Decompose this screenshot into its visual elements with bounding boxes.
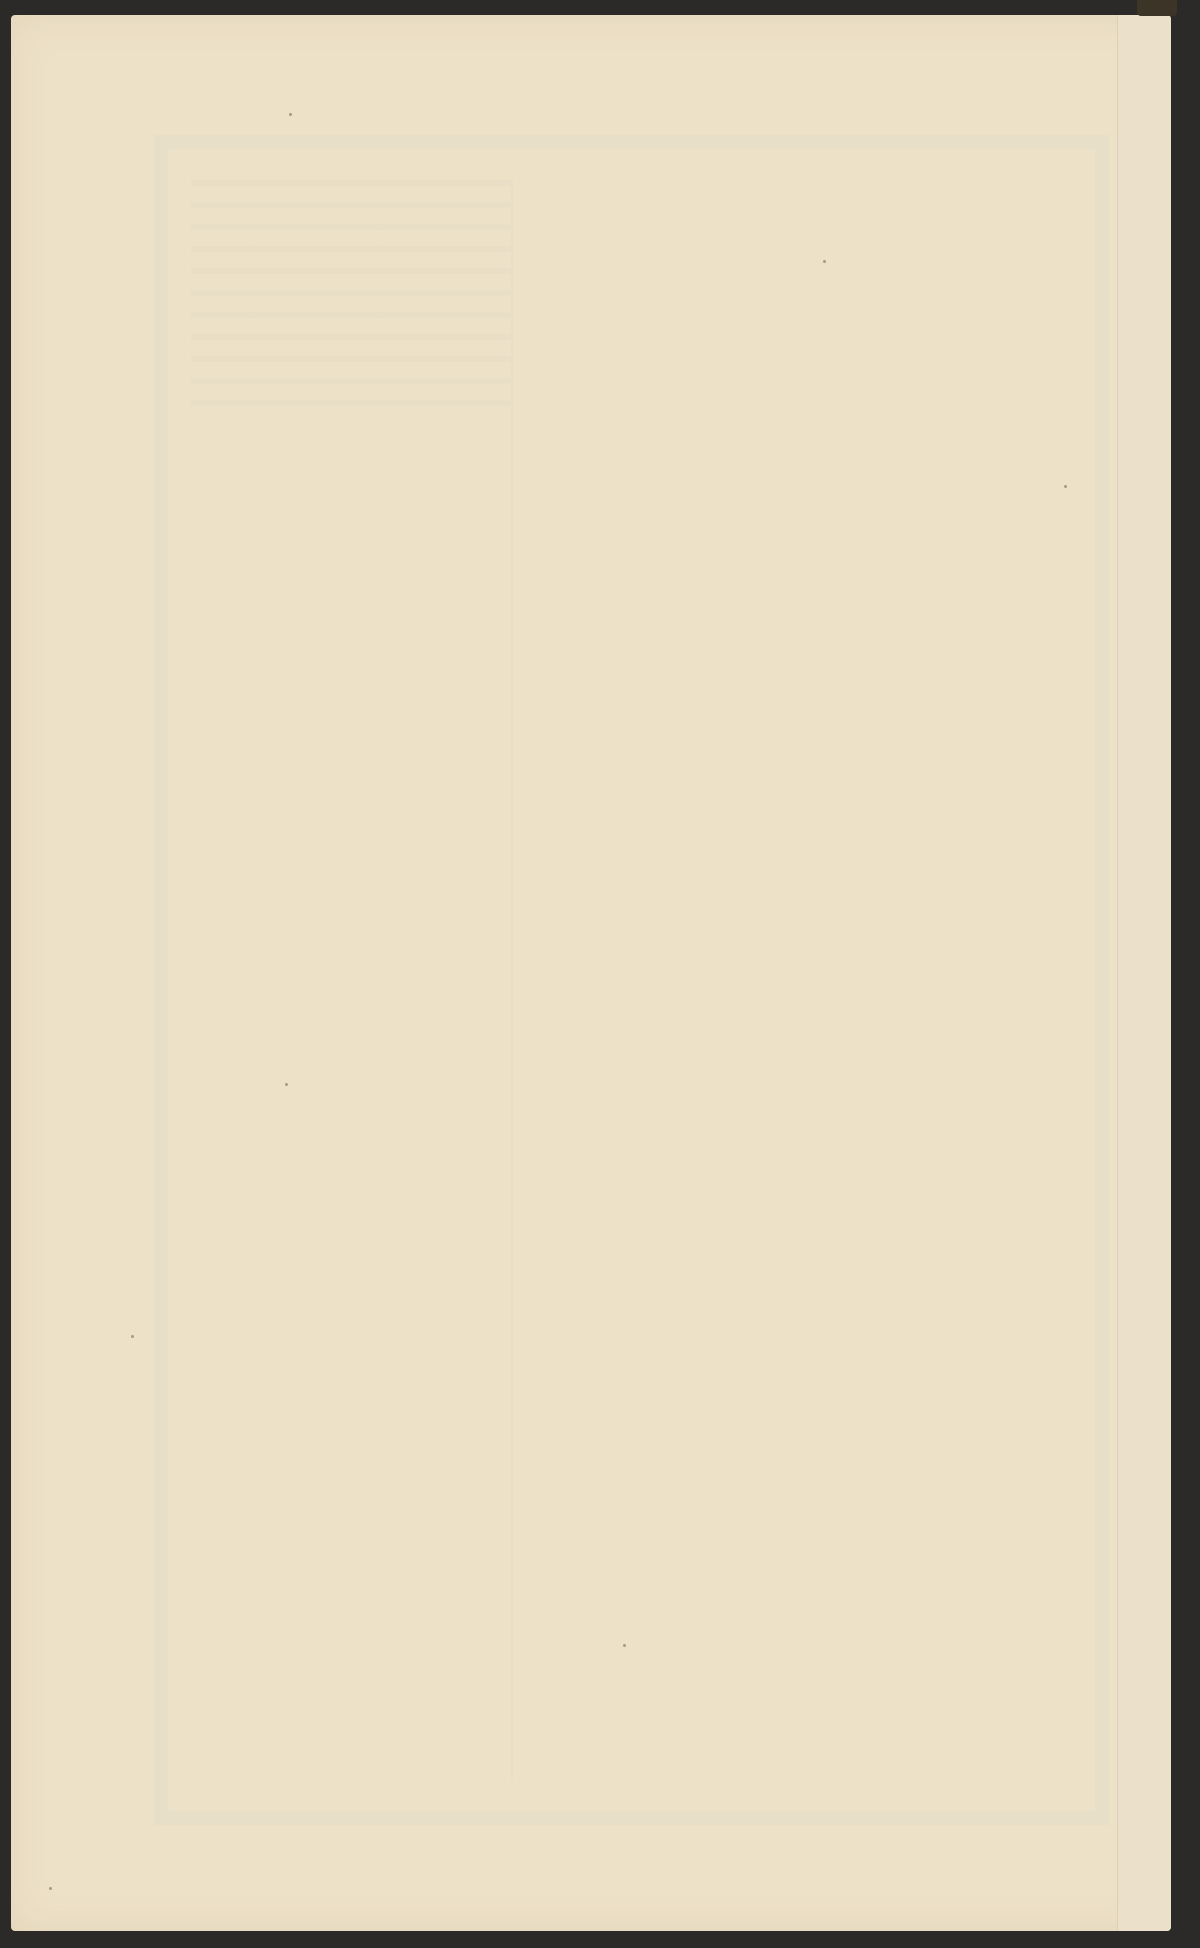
show-through-text-block	[191, 180, 511, 410]
paper-speck	[289, 113, 292, 116]
paper-speck	[285, 1083, 288, 1086]
scan-background	[0, 0, 1200, 1948]
paper-speck	[1064, 485, 1067, 488]
paper-speck	[49, 1887, 52, 1890]
paper-speck	[131, 1335, 134, 1338]
paper-speck	[623, 1644, 626, 1647]
spine-margin-strip	[1117, 15, 1171, 1931]
blank-book-page	[11, 15, 1171, 1931]
binding-clip	[1137, 0, 1177, 16]
paper-speck	[823, 260, 826, 263]
show-through-column-rule	[511, 180, 513, 1780]
